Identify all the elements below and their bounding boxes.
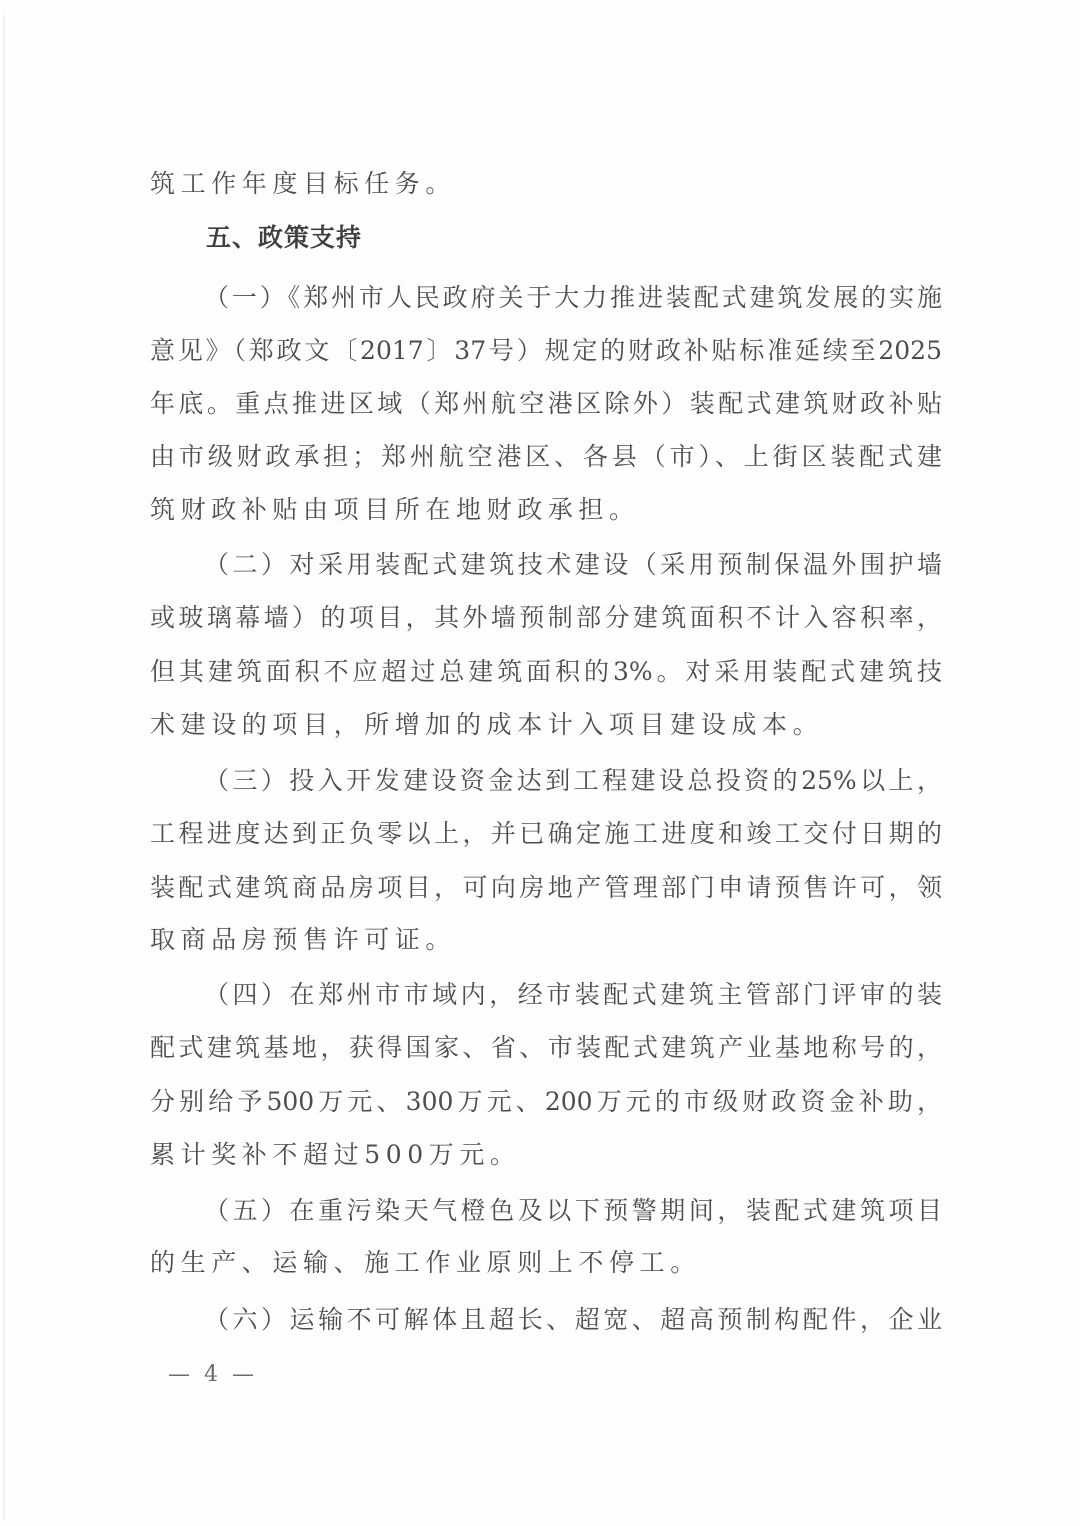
body-line: （一）《郑州市人民政府关于大力推进装配式建筑发展的实施	[204, 280, 942, 316]
scan-edge	[3, 15, 5, 1520]
body-line: 意见》（郑政文〔2017〕37号）规定的财政补贴标准延续至2025	[150, 333, 942, 369]
body-line: （二）对采用装配式建筑技术建设（采用预制保温外围护墙	[204, 547, 942, 583]
body-line: 工程进度达到正负零以上，并已确定施工进度和竣工交付日期的	[150, 816, 942, 852]
body-line: （五）在重污染天气橙色及以下预警期间，装配式建筑项目	[204, 1193, 942, 1229]
body-line: 筑财政补贴由项目所在地财政承担。	[150, 492, 942, 528]
body-line: 术建设的项目，所增加的成本计入项目建设成本。	[150, 707, 942, 743]
body-line: 配式建筑基地，获得国家、省、市装配式建筑产业基地称号的，	[150, 1030, 942, 1066]
body-line: 由市级财政承担；郑州航空港区、各县（市）、上街区装配式建	[150, 439, 942, 475]
body-line: 但其建筑面积不应超过总建筑面积的3%。对采用装配式建筑技	[150, 654, 942, 690]
body-line: （四）在郑州市市域内，经市装配式建筑主管部门评审的装	[204, 977, 942, 1013]
body-line: 分别给予500万元、300万元、200万元的市级财政资金补助，	[150, 1084, 942, 1120]
body-line: （六）运输不可解体且超长、超宽、超高预制构配件，企业	[204, 1302, 942, 1338]
section-heading: 五、政策支持	[206, 220, 362, 256]
body-line: 年底。重点推进区域（郑州航空港区除外）装配式建筑财政补贴	[150, 386, 942, 422]
body-line: 装配式建筑商品房项目，可向房地产管理部门申请预售许可，领	[150, 870, 942, 906]
body-line: （三）投入开发建设资金达到工程建设总投资的25%以上，	[204, 763, 942, 799]
body-line: 取商品房预售许可证。	[150, 922, 942, 958]
document-page: 筑工作年度目标任务。 五、政策支持 （一）《郑州市人民政府关于大力推进装配式建筑…	[0, 0, 1080, 1526]
page-number: — 4 —	[168, 1360, 254, 1390]
body-line: 的生产、运输、施工作业原则上不停工。	[150, 1245, 942, 1281]
body-line: 累计奖补不超过500万元。	[150, 1137, 942, 1173]
body-line: 或玻璃幕墙）的项目，其外墙预制部分建筑面积不计入容积率，	[150, 600, 942, 636]
body-line-continuation: 筑工作年度目标任务。	[150, 166, 942, 202]
